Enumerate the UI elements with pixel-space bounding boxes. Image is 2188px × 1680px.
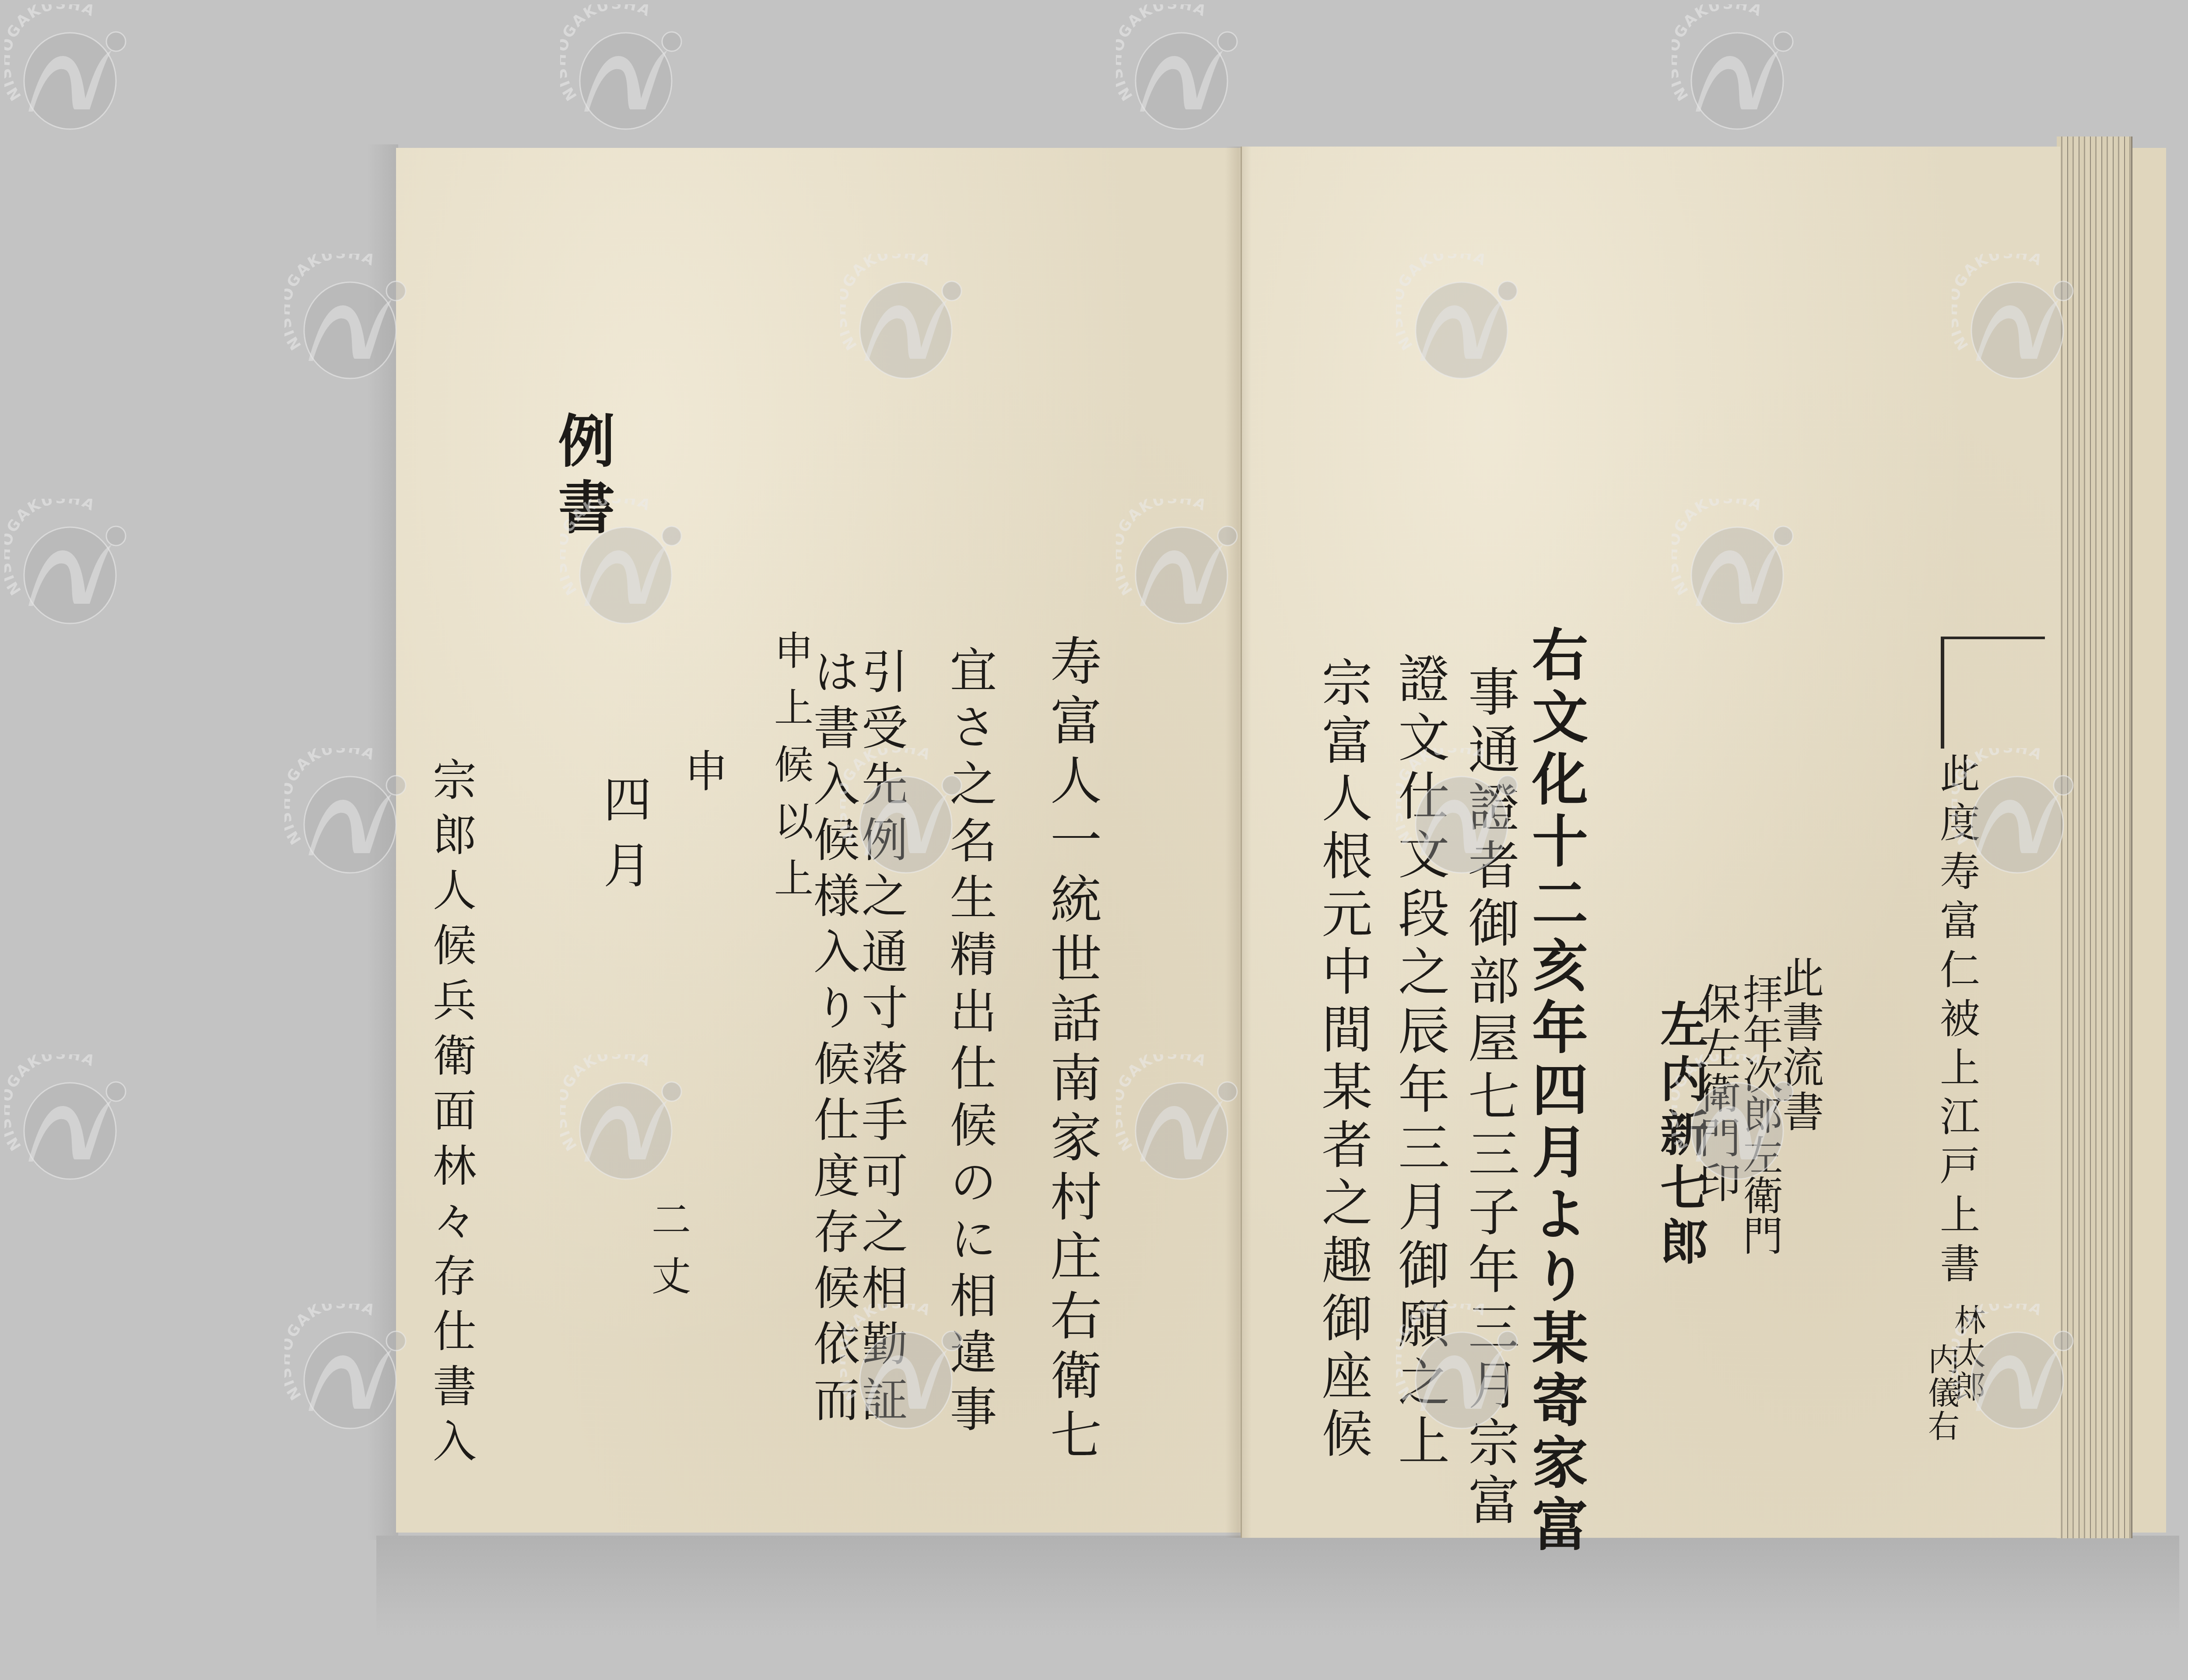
book-gutter [1225,147,1252,1538]
right-page-column-3: 證文仕文段之辰年三月御願之上 [1394,652,1445,1473]
right-page-column-2: 事通證者御部屋七三子年三月宗富 [1464,665,1515,1531]
left-page-column-3: 引受先例之通寸落手可之相勤証 [858,647,904,1431]
left-page-column-6: 申 [680,748,724,801]
left-page-title: 例書 [554,411,610,544]
left-page-column-9: 宗郎人候兵衛面林々存仕書入 [429,757,473,1473]
left-page-column-1: 寿富人一統世話南家村庄右衛七 [1046,634,1098,1467]
signature-line-4: 左内新七郎 [1656,1000,1704,1271]
open-manuscript-book: 例書 寿富人一統世話南家村庄右衛七 宜さ之名生精出仕候のに相違事 引受先例之通寸… [0,0,2188,1680]
bracket-mark [1941,637,2045,749]
left-page-column-4: は書入候様入り候仕度存候依而 [810,647,856,1431]
left-page-date: 四月 [600,774,648,906]
left-page-note: 二丈 [648,1199,687,1312]
signature-line-1: 此書流書 [1779,956,1821,1134]
side-note-2: 内儀右 [1925,1343,1957,1443]
right-page-column-1: 右文化十二亥年四月より某寄家富 [1527,626,1583,1557]
left-page-column-2: 宜さ之名生精出仕候のに相違事 [945,645,992,1442]
page-stack-edge [2057,136,2132,1538]
right-page-column-4: 宗富人根元中間某者之趣御座候 [1317,656,1368,1465]
right-page-header-note: 此度寿富仁被上江戸上書 [1936,752,1977,1291]
signature-line-2: 拝年次郎左衛門 [1739,973,1780,1255]
left-page-column-5: 申上候以上 [770,630,810,914]
